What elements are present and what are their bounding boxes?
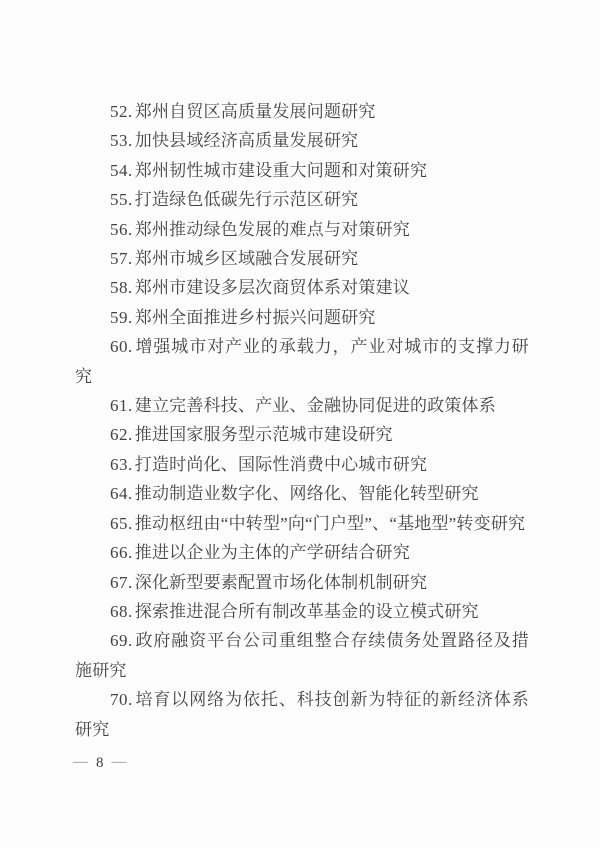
list-item: 70.培育以网络为依托、科技创新为特征的新经济体系研究 bbox=[75, 685, 529, 744]
item-number: 65. bbox=[110, 514, 133, 533]
item-title: 建立完善科技、产业、金融协同促进的政策体系 bbox=[135, 396, 496, 415]
page-number: 8 bbox=[96, 755, 104, 771]
item-number: 57. bbox=[110, 249, 133, 268]
item-title: 培育以网络为依托、科技创新为特征的新经济体系研究 bbox=[75, 690, 529, 738]
item-number: 56. bbox=[110, 220, 133, 239]
list-item: 66.推进以企业为主体的产学研结合研究 bbox=[75, 538, 529, 567]
list-item: 55.打造绿色低碳先行示范区研究 bbox=[75, 185, 529, 214]
list-item: 53.加快县域经济高质量发展研究 bbox=[75, 126, 529, 155]
item-title: 推进以企业为主体的产学研结合研究 bbox=[135, 543, 410, 562]
page-number-dash-right: — bbox=[112, 754, 127, 770]
item-number: 54. bbox=[110, 161, 133, 180]
list-item: 64.推动制造业数字化、网络化、智能化转型研究 bbox=[75, 479, 529, 508]
item-title: 打造绿色低碳先行示范区研究 bbox=[135, 190, 359, 209]
item-title: 深化新型要素配置市场化体制机制研究 bbox=[135, 573, 427, 592]
list-item: 60.增强城市对产业的承载力，产业对城市的支撑力研究 bbox=[75, 332, 529, 391]
item-title: 郑州市城乡区域融合发展研究 bbox=[135, 249, 359, 268]
item-title: 推动枢纽由“中转型”向“门户型”、“基地型”转变研究 bbox=[135, 514, 525, 533]
list-item: 67.深化新型要素配置市场化体制机制研究 bbox=[75, 568, 529, 597]
item-number: 52. bbox=[110, 102, 133, 121]
item-number: 60. bbox=[110, 337, 133, 356]
item-number: 61. bbox=[110, 396, 133, 415]
list-item: 59.郑州全面推进乡村振兴问题研究 bbox=[75, 303, 529, 332]
list-item: 56.郑州推动绿色发展的难点与对策研究 bbox=[75, 215, 529, 244]
item-title: 加快县域经济高质量发展研究 bbox=[135, 131, 359, 150]
item-title: 郑州全面推进乡村振兴问题研究 bbox=[135, 308, 376, 327]
item-number: 68. bbox=[110, 602, 133, 621]
item-title: 郑州市建设多层次商贸体系对策建议 bbox=[135, 278, 410, 297]
list-item: 69.政府融资平台公司重组整合存续债务处置路径及措施研究 bbox=[75, 626, 529, 685]
item-number: 59. bbox=[110, 308, 133, 327]
item-number: 53. bbox=[110, 131, 133, 150]
item-title: 郑州韧性城市建设重大问题和对策研究 bbox=[135, 161, 427, 180]
item-number: 69. bbox=[110, 631, 133, 650]
list-item: 65.推动枢纽由“中转型”向“门户型”、“基地型”转变研究 bbox=[75, 509, 529, 538]
list-item: 61.建立完善科技、产业、金融协同促进的政策体系 bbox=[75, 391, 529, 420]
item-title: 推进国家服务型示范城市建设研究 bbox=[135, 425, 393, 444]
list-item: 62.推进国家服务型示范城市建设研究 bbox=[75, 420, 529, 449]
list-item: 68.探索推进混合所有制改革基金的设立模式研究 bbox=[75, 597, 529, 626]
item-title: 郑州推动绿色发展的难点与对策研究 bbox=[135, 220, 410, 239]
list-item: 52.郑州自贸区高质量发展问题研究 bbox=[75, 97, 529, 126]
item-title: 郑州自贸区高质量发展问题研究 bbox=[135, 102, 376, 121]
topic-list: 52.郑州自贸区高质量发展问题研究53.加快县域经济高质量发展研究54.郑州韧性… bbox=[75, 97, 529, 744]
item-title: 探索推进混合所有制改革基金的设立模式研究 bbox=[135, 602, 479, 621]
item-number: 66. bbox=[110, 543, 133, 562]
item-number: 70. bbox=[110, 690, 133, 709]
item-number: 64. bbox=[110, 484, 133, 503]
document-page: 52.郑州自贸区高质量发展问题研究53.加快县域经济高质量发展研究54.郑州韧性… bbox=[0, 0, 600, 848]
page-footer: —8— bbox=[73, 753, 127, 773]
list-item: 58.郑州市建设多层次商贸体系对策建议 bbox=[75, 273, 529, 302]
item-title: 增强城市对产业的承载力，产业对城市的支撑力研究 bbox=[75, 337, 529, 385]
item-number: 58. bbox=[110, 278, 133, 297]
item-number: 55. bbox=[110, 190, 133, 209]
list-item: 57.郑州市城乡区域融合发展研究 bbox=[75, 244, 529, 273]
item-title: 打造时尚化、国际性消费中心城市研究 bbox=[135, 455, 427, 474]
item-number: 67. bbox=[110, 573, 133, 592]
page-number-dash-left: — bbox=[73, 754, 88, 770]
list-item: 63.打造时尚化、国际性消费中心城市研究 bbox=[75, 450, 529, 479]
item-title: 政府融资平台公司重组整合存续债务处置路径及措施研究 bbox=[75, 631, 529, 679]
list-item: 54.郑州韧性城市建设重大问题和对策研究 bbox=[75, 156, 529, 185]
item-number: 62. bbox=[110, 425, 133, 444]
item-number: 63. bbox=[110, 455, 133, 474]
item-title: 推动制造业数字化、网络化、智能化转型研究 bbox=[135, 484, 479, 503]
